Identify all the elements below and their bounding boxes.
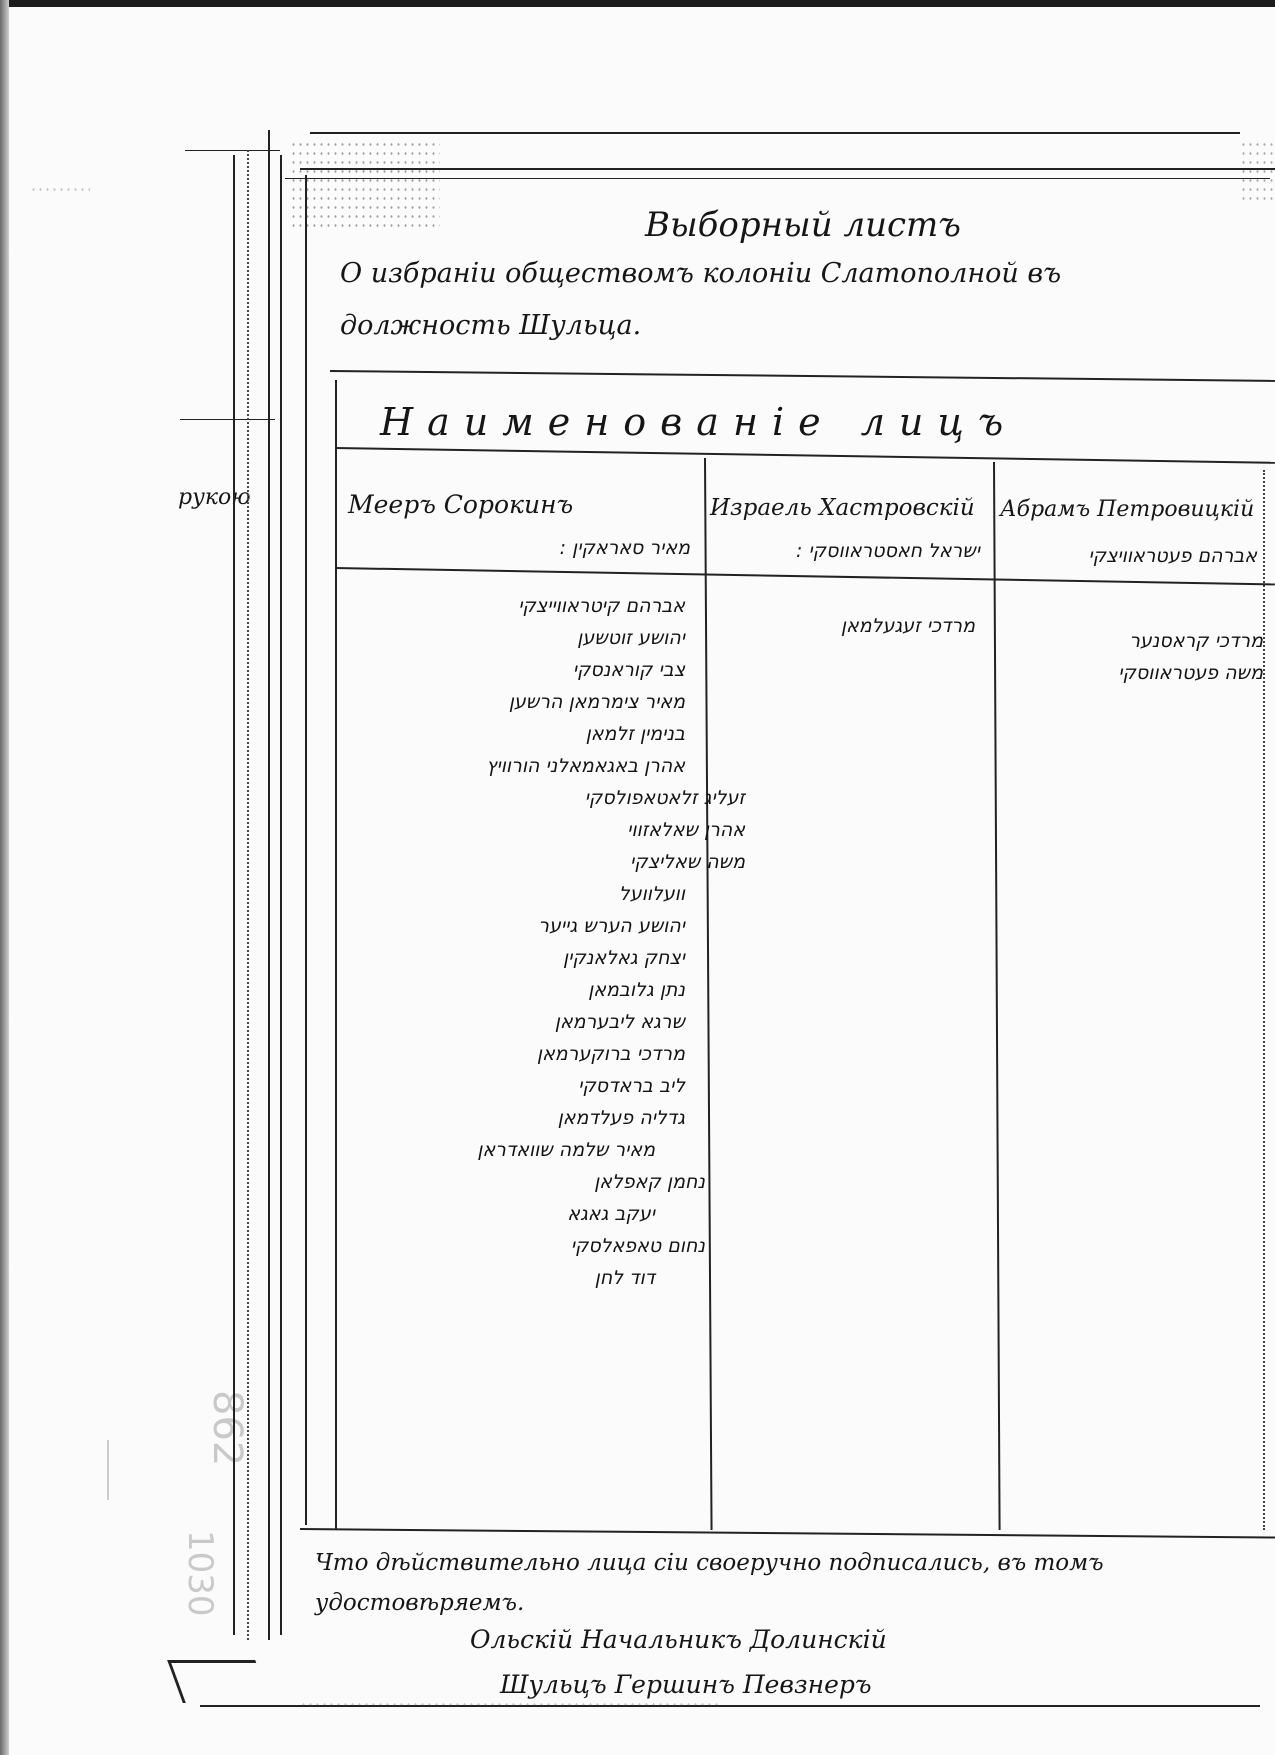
frame-inner-left	[305, 175, 307, 1525]
document-subtitle-2: должность Шульца.	[340, 310, 641, 341]
table-right-border	[1263, 470, 1265, 1530]
signature-entry: משה שאליצקי	[385, 846, 745, 878]
scan-edge-left	[0, 0, 9, 1755]
rule-under-heading	[335, 447, 1275, 464]
margin-rule	[180, 419, 275, 420]
signature-entry: מרדכי זעגעלמאן	[725, 610, 975, 642]
signature-entry: מרדכי קראסנער	[1023, 625, 1263, 657]
signature-entry: אברהם קיטראווייצקי	[385, 590, 685, 622]
rule-under-title	[330, 370, 1275, 382]
frame-line	[268, 130, 270, 1640]
bottom-noise	[300, 1700, 720, 1710]
column-divider-2	[993, 462, 1001, 1530]
table-heading: Наименованіе лицъ	[380, 400, 1017, 444]
archive-stamp-number: 862	[204, 1390, 250, 1466]
signature-entry: מרדכי ברוקערמאן	[385, 1038, 685, 1070]
frame-bottom-ornament	[167, 1660, 271, 1703]
signature-entry: משה פעטראווסקי	[1023, 657, 1263, 689]
frame-line	[280, 155, 282, 1635]
candidate-name: Мееръ Сорокинъ	[348, 490, 573, 519]
signature-entry: מאיר צימרמאן הרשען	[385, 686, 685, 718]
document-title: Выборный листъ	[645, 205, 961, 245]
candidate-name: Израель Хастровскій	[710, 495, 975, 521]
signature-entry: יצחק גאלאנקין	[385, 942, 685, 974]
table-left-border	[335, 380, 337, 1530]
ornament-smudge	[290, 140, 440, 230]
frame-dashed	[247, 150, 249, 1640]
candidate-name-hebrew: מאיר סאראקין :	[560, 537, 690, 559]
signature-entry: גדליה פעלדמאן	[385, 1102, 685, 1134]
scan-edge-top	[0, 0, 1275, 7]
candidate-name-hebrew: אברהם פעטראוויצקי	[1088, 545, 1257, 567]
archive-stamp-number-2: 1030	[180, 1530, 220, 1617]
signature-entry: נתן גלובמאן	[385, 974, 685, 1006]
margin-noise	[30, 185, 90, 197]
signature-entry: בנימין זלמאן	[385, 718, 685, 750]
signature-entry: יעקב גאגא	[385, 1198, 655, 1230]
rule-under-column-headers	[335, 567, 1275, 585]
margin-rule	[185, 150, 280, 151]
certification-text-1: Что дѣйствительно лица сіи своеручно под…	[315, 1550, 1104, 1576]
certification-text-2: удостовѣряемъ.	[315, 1590, 524, 1616]
frame-line	[233, 155, 235, 1635]
signature-entry: יהושע הערש גייער	[385, 910, 685, 942]
frame-top	[310, 132, 1240, 134]
signature-list-2: מרדכי זעגעלמאן	[725, 610, 975, 642]
signature-entry: שרגא ליבערמאן	[385, 1006, 685, 1038]
signature-entry: אהרן באגאמאלני הורוויץ	[385, 750, 685, 782]
signature-entry: זעליג זלאטאפולסקי	[385, 782, 745, 814]
signature-entry: נחום טאפאלסקי	[385, 1230, 705, 1262]
schulz-signature: Шульцъ Гершинъ Певзнеръ	[500, 1670, 872, 1699]
candidate-name-hebrew: ישראל חאסטראווסקי :	[796, 540, 980, 562]
margin-note: рукою	[178, 485, 251, 510]
candidate-name: Абрамъ Петровицкій	[1000, 497, 1254, 522]
column-divider-1	[704, 458, 713, 1530]
signature-entry: יהושע זוטשען	[385, 622, 685, 654]
signature-list-3: מרדכי קראסנערמשה פעטראווסקי	[1023, 625, 1263, 689]
signature-list-1: אברהם קיטראווייצקייהושע זוטשעןצבי קוראנס…	[385, 590, 685, 1294]
document-subtitle-1: О избраніи обществомъ колоніи Слатополно…	[340, 258, 1061, 289]
frame-top-inner	[300, 168, 1275, 170]
signature-entry: דוד לחן	[385, 1262, 655, 1294]
official-signature: Ольскій Начальникъ Долинскій	[470, 1625, 887, 1654]
ornament-corner	[1240, 140, 1275, 200]
stamp-mark	[107, 1440, 109, 1500]
signature-entry: מאיר שלמה שוואדראן	[385, 1134, 655, 1166]
signature-entry: ליב בראדסקי	[385, 1070, 685, 1102]
signature-entry: וועלוועל	[385, 878, 685, 910]
rule-above-footer	[300, 1528, 1275, 1539]
signature-entry: אהרן שאלאזווי	[385, 814, 745, 846]
signature-entry: צבי קוראנסקי	[385, 654, 685, 686]
signature-entry: נחמן קאפלאן	[385, 1166, 705, 1198]
